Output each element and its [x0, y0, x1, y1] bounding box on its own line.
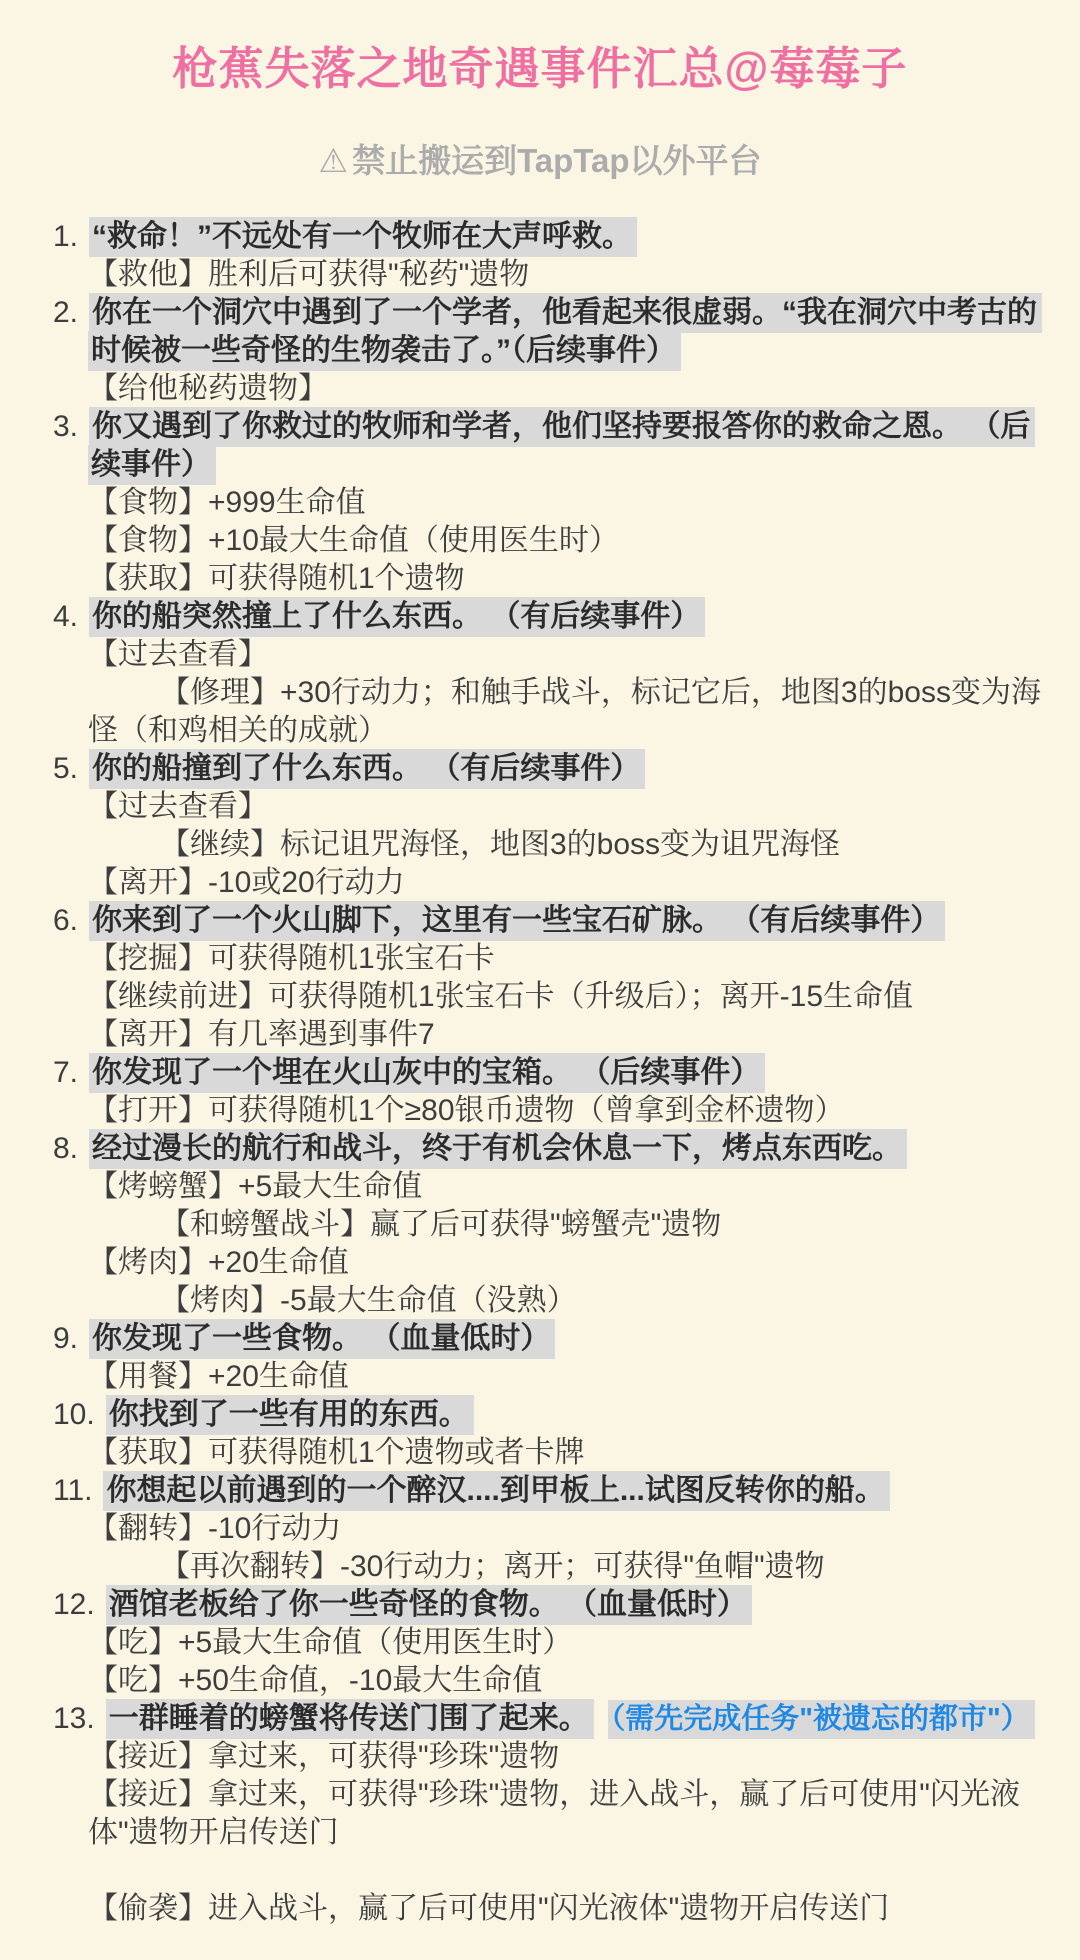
- event-number: 10.: [53, 1398, 106, 1431]
- event-detail: 【再次翻转】-30行动力；离开；可获得"鱼帽"遗物: [88, 1548, 1052, 1586]
- event-item: 10.你找到了一些有用的东西。【获取】可获得随机1个遗物或者卡牌: [88, 1396, 1052, 1472]
- event-number: 5.: [53, 752, 89, 785]
- event-item: 3.你又遇到了你救过的牧师和学者，他们坚持要报答你的救命之恩。 （后续事件）【食…: [88, 408, 1052, 598]
- event-detail: 【过去查看】: [88, 788, 1052, 826]
- event-title: 酒馆老板给了你一些奇怪的食物。 （血量低时）: [106, 1585, 752, 1625]
- event-detail: 【获取】可获得随机1个遗物: [88, 560, 1052, 598]
- event-item: 1.“救命！”不远处有一个牧师在大声呼救。【救他】胜利后可获得"秘药"遗物: [88, 218, 1052, 294]
- event-detail: 【继续】标记诅咒海怪，地图3的boss变为诅咒海怪: [88, 826, 1052, 864]
- event-title-line: 7.你发现了一个埋在火山灰中的宝箱。 （后续事件）: [88, 1054, 1052, 1092]
- event-item: 4.你的船突然撞上了什么东西。 （有后续事件）【过去查看】【修理】+30行动力；…: [88, 598, 1052, 750]
- event-title-line: 11.你想起以前遇到的一个醉汉....到甲板上...试图反转你的船。: [88, 1472, 1052, 1510]
- event-item: 5.你的船撞到了什么东西。 （有后续事件）【过去查看】【继续】标记诅咒海怪，地图…: [88, 750, 1052, 902]
- event-detail: 【救他】胜利后可获得"秘药"遗物: [88, 256, 1052, 294]
- event-list: 1.“救命！”不远处有一个牧师在大声呼救。【救他】胜利后可获得"秘药"遗物2.你…: [0, 218, 1080, 1928]
- event-detail: 【接近】拿过来，可获得"珍珠"遗物: [88, 1738, 1052, 1776]
- event-item: 9.你发现了一些食物。 （血量低时）【用餐】+20生命值: [88, 1320, 1052, 1396]
- event-title: 一群睡着的螃蟹将传送门围了起来。: [106, 1699, 594, 1739]
- event-number: 11.: [53, 1474, 103, 1507]
- event-number: 9.: [53, 1322, 89, 1355]
- blank-spacer: [88, 1852, 1052, 1890]
- event-title: 你在一个洞穴中遇到了一个学者，他看起来很虚弱。“我在洞穴中考古的时候被一些奇怪的…: [88, 293, 1042, 371]
- event-detail: 【和螃蟹战斗】赢了后可获得"螃蟹壳"遗物: [88, 1206, 1052, 1244]
- event-detail: 【离开】有几率遇到事件7: [88, 1016, 1052, 1054]
- event-number: 1.: [53, 220, 89, 253]
- event-detail: 【吃】+50生命值，-10最大生命值: [88, 1662, 1052, 1700]
- event-detail: 【烤肉】+20生命值: [88, 1244, 1052, 1282]
- page-title: 枪蕉失落之地奇遇事件汇总@莓莓子: [0, 38, 1080, 100]
- notice-text: 禁止搬运到TapTap以外平台: [352, 142, 761, 179]
- event-number: 6.: [53, 904, 89, 937]
- event-title: 你来到了一个火山脚下，这里有一些宝石矿脉。 （有后续事件）: [89, 901, 945, 941]
- event-detail: 【继续前进】可获得随机1张宝石卡（升级后）；离开-15生命值: [88, 978, 1052, 1016]
- event-title-line: 12.酒馆老板给了你一些奇怪的食物。 （血量低时）: [88, 1586, 1052, 1624]
- event-detail: 【挖掘】可获得随机1张宝石卡: [88, 940, 1052, 978]
- event-detail: 【吃】+5最大生命值（使用医生时）: [88, 1624, 1052, 1662]
- event-detail: 【修理】+30行动力；和触手战斗，标记它后，地图3的boss变为海怪（和鸡相关的…: [88, 674, 1052, 750]
- event-title: 你想起以前遇到的一个醉汉....到甲板上...试图反转你的船。: [103, 1471, 889, 1511]
- event-title: 你发现了一些食物。 （血量低时）: [89, 1319, 555, 1359]
- event-number: 13.: [53, 1702, 106, 1735]
- event-detail: 【食物】+999生命值: [88, 484, 1052, 522]
- event-detail: 【翻转】-10行动力: [88, 1510, 1052, 1548]
- event-item: 6.你来到了一个火山脚下，这里有一些宝石矿脉。 （有后续事件）【挖掘】可获得随机…: [88, 902, 1052, 1054]
- event-title-line: 6.你来到了一个火山脚下，这里有一些宝石矿脉。 （有后续事件）: [88, 902, 1052, 940]
- event-number: 8.: [53, 1132, 89, 1165]
- event-title: “救命！”不远处有一个牧师在大声呼救。: [89, 217, 637, 257]
- event-detail: 【给他秘药遗物】: [88, 370, 1052, 408]
- event-number: 2.: [53, 296, 89, 329]
- event-title-line: 1.“救命！”不远处有一个牧师在大声呼救。: [88, 218, 1052, 256]
- event-detail: 【离开】-10或20行动力: [88, 864, 1052, 902]
- event-item: 11.你想起以前遇到的一个醉汉....到甲板上...试图反转你的船。【翻转】-1…: [88, 1472, 1052, 1586]
- event-detail: 【偷袭】进入战斗，赢了后可使用"闪光液体"遗物开启传送门: [88, 1890, 1052, 1928]
- event-title-line: 13.一群睡着的螃蟹将传送门围了起来。（需先完成任务"被遗忘的都市"）: [88, 1700, 1052, 1738]
- header: 枪蕉失落之地奇遇事件汇总@莓莓子 ⚠禁止搬运到TapTap以外平台: [0, 0, 1080, 182]
- event-number: 4.: [53, 600, 89, 633]
- event-title-line: 5.你的船撞到了什么东西。 （有后续事件）: [88, 750, 1052, 788]
- event-number: 7.: [53, 1056, 89, 1089]
- event-item: 12.酒馆老板给了你一些奇怪的食物。 （血量低时）【吃】+5最大生命值（使用医生…: [88, 1586, 1052, 1700]
- event-item: 13.一群睡着的螃蟹将传送门围了起来。（需先完成任务"被遗忘的都市"）【接近】拿…: [88, 1700, 1052, 1928]
- event-detail: 【烤螃蟹】+5最大生命值: [88, 1168, 1052, 1206]
- event-title: 你又遇到了你救过的牧师和学者，他们坚持要报答你的救命之恩。 （后续事件）: [88, 407, 1035, 485]
- event-title: 你的船突然撞上了什么东西。 （有后续事件）: [89, 597, 705, 637]
- notice-banner: ⚠禁止搬运到TapTap以外平台: [0, 140, 1080, 182]
- event-detail: 【过去查看】: [88, 636, 1052, 674]
- event-item: 2.你在一个洞穴中遇到了一个学者，他看起来很虚弱。“我在洞穴中考古的时候被一些奇…: [88, 294, 1052, 408]
- event-item: 7.你发现了一个埋在火山灰中的宝箱。 （后续事件）【打开】可获得随机1个≥80银…: [88, 1054, 1052, 1130]
- warning-icon: ⚠: [318, 142, 348, 179]
- event-title: 你发现了一个埋在火山灰中的宝箱。 （后续事件）: [89, 1053, 765, 1093]
- event-number: 12.: [53, 1588, 106, 1621]
- event-detail: 【打开】可获得随机1个≥80银币遗物（曾拿到金杯遗物）: [88, 1092, 1052, 1130]
- event-title-line: 3.你又遇到了你救过的牧师和学者，他们坚持要报答你的救命之恩。 （后续事件）: [88, 408, 1052, 484]
- event-title-line: 2.你在一个洞穴中遇到了一个学者，他看起来很虚弱。“我在洞穴中考古的时候被一些奇…: [88, 294, 1052, 370]
- document-page: { "colors": { "background": "#FBF6E4", "…: [0, 0, 1080, 1960]
- event-number: 3.: [53, 410, 89, 443]
- event-detail: 【接近】拿过来，可获得"珍珠"遗物，进入战斗，赢了后可使用"闪光液体"遗物开启传…: [88, 1776, 1052, 1852]
- event-title-line: 9.你发现了一些食物。 （血量低时）: [88, 1320, 1052, 1358]
- event-title-line: 10.你找到了一些有用的东西。: [88, 1396, 1052, 1434]
- event-title: 经过漫长的航行和战斗，终于有机会休息一下，烤点东西吃。: [89, 1129, 907, 1169]
- event-item: 8.经过漫长的航行和战斗，终于有机会休息一下，烤点东西吃。【烤螃蟹】+5最大生命…: [88, 1130, 1052, 1320]
- event-title-line: 4.你的船突然撞上了什么东西。 （有后续事件）: [88, 598, 1052, 636]
- event-detail: 【用餐】+20生命值: [88, 1358, 1052, 1396]
- event-detail: 【食物】+10最大生命值（使用医生时）: [88, 522, 1052, 560]
- event-title: 你找到了一些有用的东西。: [106, 1395, 474, 1435]
- event-title: 你的船撞到了什么东西。 （有后续事件）: [89, 749, 645, 789]
- event-title-note: （需先完成任务"被遗忘的都市"）: [608, 1700, 1035, 1739]
- event-title-line: 8.经过漫长的航行和战斗，终于有机会休息一下，烤点东西吃。: [88, 1130, 1052, 1168]
- event-detail: 【获取】可获得随机1个遗物或者卡牌: [88, 1434, 1052, 1472]
- event-detail: 【烤肉】-5最大生命值（没熟）: [88, 1282, 1052, 1320]
